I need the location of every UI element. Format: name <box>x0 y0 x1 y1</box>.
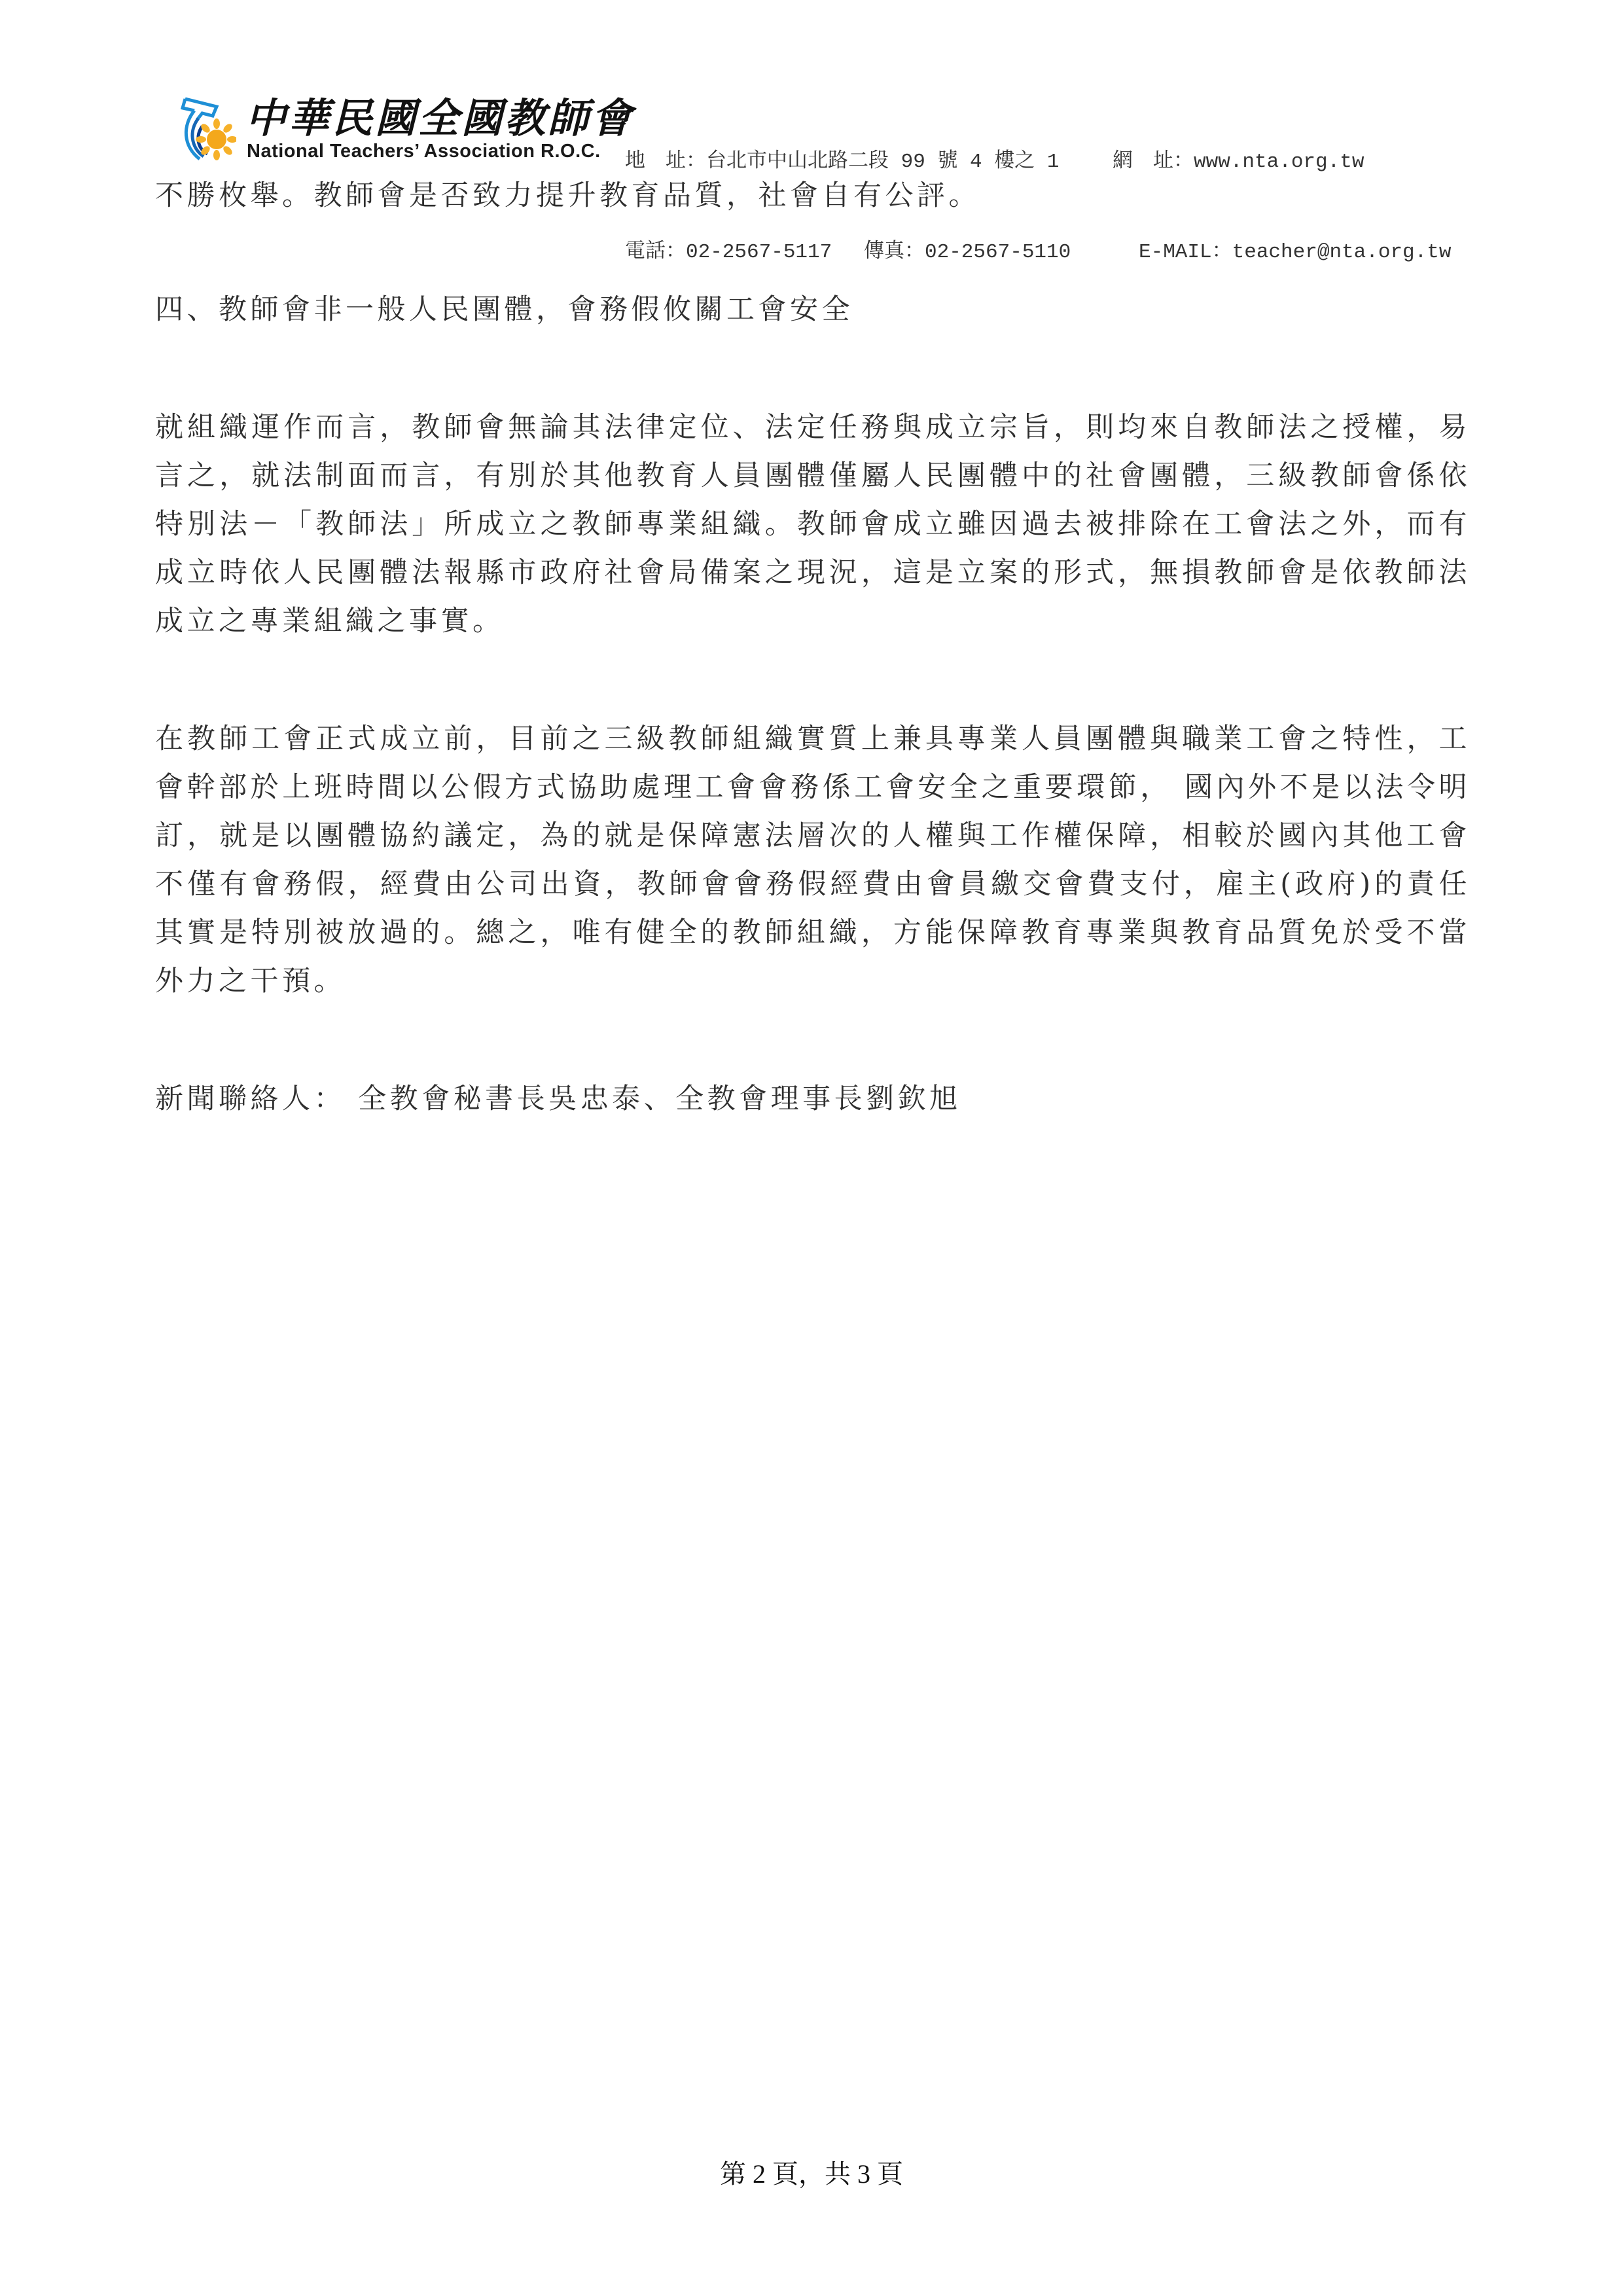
press-contact: 新聞聯絡人： 全教會秘書長吳忠泰、全教會理事長劉欽旭 <box>155 1075 1471 1123</box>
logo-title-zh: 中華民國全國教師會 <box>245 86 634 144</box>
section-heading: 四、教師會非一般人民團體，會務假攸關工會安全 <box>155 285 1471 334</box>
organization-logo: 中華民國全國教師會 National Teachers’ Association… <box>167 82 586 167</box>
document-body: 不勝枚舉。教師會是否致力提升教育品質，社會自有公評。 四、教師會非一般人民團體，… <box>155 171 1471 1123</box>
page-number: 第 2 頁，共 3 頁 <box>0 2153 1623 2191</box>
letterhead: 中華民國全國教師會 National Teachers’ Association… <box>167 82 1476 173</box>
paragraph-continuation: 不勝枚舉。教師會是否致力提升教育品質，社會自有公評。 <box>155 171 1471 220</box>
nta-logo-icon <box>171 94 236 166</box>
paragraph-organization: 就組織運作而言，教師會無論其法律定位、法定任務與成立宗旨，則均來自教師法之授權，… <box>155 403 1471 645</box>
document-page: 中華民國全國教師會 National Teachers’ Association… <box>0 0 1623 2296</box>
paragraph-union: 在教師工會正式成立前，目前之三級教師組織實質上兼具專業人員團體與職業工會之特性，… <box>155 715 1471 1005</box>
logo-title-en: National Teachers’ Association R.O.C. <box>247 141 601 162</box>
